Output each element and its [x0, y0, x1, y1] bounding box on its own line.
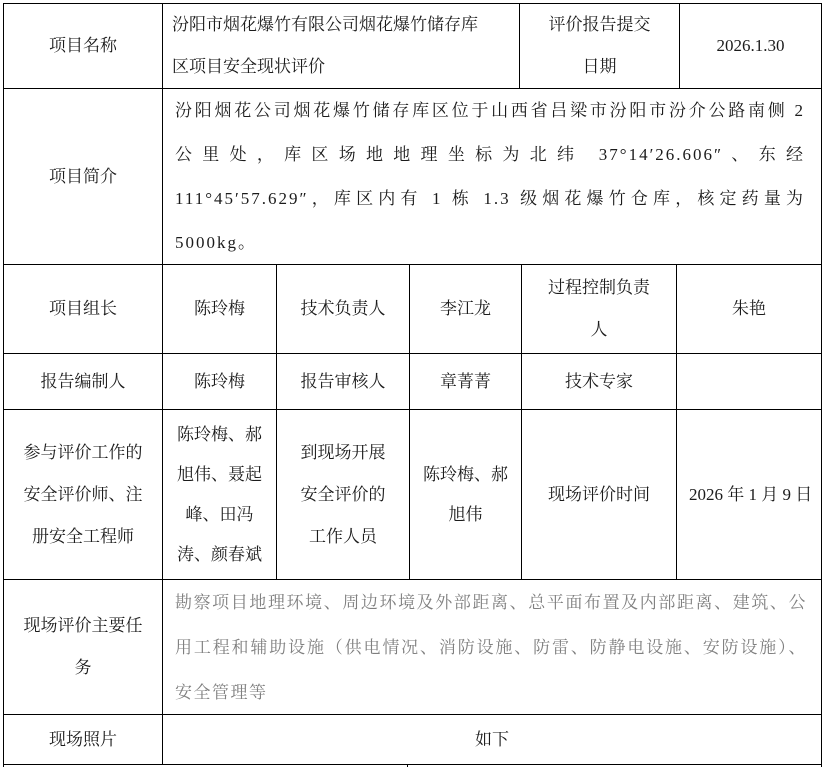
site-photos-label: 现场照片 — [4, 715, 163, 764]
report-writer-label: 报告编制人 — [4, 354, 163, 409]
site-tasks-label: 现场评价主要任务 — [4, 580, 163, 714]
site-tasks-value: 勘察项目地理环境、周边环境及外部距离、总平面布置及内部距离、建筑、公用工程和辅助… — [163, 580, 821, 714]
tech-expert-label: 技术专家 — [522, 354, 677, 409]
report-info-table: 项目名称 汾阳市烟花爆竹有限公司烟花爆竹储存库区项目安全现状评价 评价报告提交日… — [3, 3, 822, 767]
process-control-label: 过程控制负责人 — [522, 265, 677, 353]
project-intro-value: 汾阳烟花公司烟花爆竹储存库区位于山西省吕梁市汾阳市汾介公路南侧 2 公里处，库区… — [163, 89, 821, 264]
project-intro-label: 项目简介 — [4, 89, 163, 264]
report-submit-date-value: 2026.1.30 — [680, 4, 821, 88]
evaluators-names: 陈玲梅、郝旭伟、聂起峰、田冯涛、颜春斌 — [163, 410, 277, 579]
page: 项目名称 汾阳市烟花爆竹有限公司烟花爆竹储存库区项目安全现状评价 评价报告提交日… — [0, 0, 824, 767]
site-eval-time-label: 现场评价时间 — [522, 410, 677, 579]
project-name-value: 汾阳市烟花爆竹有限公司烟花爆竹储存库区项目安全现状评价 — [163, 4, 520, 88]
site-eval-time-value: 2026 年 1 月 9 日 — [677, 410, 821, 579]
process-control-value: 朱艳 — [677, 265, 821, 353]
site-staff-names: 陈玲梅、郝旭伟 — [410, 410, 522, 579]
site-staff-label: 到现场开展安全评价的工作人员 — [277, 410, 410, 579]
row-project-intro: 项目简介 汾阳烟花公司烟花爆竹储存库区位于山西省吕梁市汾阳市汾介公路南侧 2 公… — [4, 89, 821, 265]
report-writer-value: 陈玲梅 — [163, 354, 277, 409]
tech-lead-value: 李江龙 — [410, 265, 522, 353]
row-evaluators: 参与评价工作的安全评价师、注册安全工程师 陈玲梅、郝旭伟、聂起峰、田冯涛、颜春斌… — [4, 410, 821, 580]
report-submit-date-label: 评价报告提交日期 — [520, 4, 680, 88]
report-reviewer-value: 章菁菁 — [410, 354, 522, 409]
row-report-authors: 报告编制人 陈玲梅 报告审核人 章菁菁 技术专家 — [4, 354, 821, 410]
row-project-name: 项目名称 汾阳市烟花爆竹有限公司烟花爆竹储存库区项目安全现状评价 评价报告提交日… — [4, 4, 821, 89]
row-project-leader: 项目组长 陈玲梅 技术负责人 李江龙 过程控制负责人 朱艳 — [4, 265, 821, 354]
project-leader-label: 项目组长 — [4, 265, 163, 353]
project-name-label: 项目名称 — [4, 4, 163, 88]
row-site-photos: 现场照片 如下 — [4, 715, 821, 765]
report-reviewer-label: 报告审核人 — [277, 354, 410, 409]
tech-lead-label: 技术负责人 — [277, 265, 410, 353]
tech-expert-value — [677, 354, 821, 409]
row-site-tasks: 现场评价主要任务 勘察项目地理环境、周边环境及外部距离、总平面布置及内部距离、建… — [4, 580, 821, 715]
site-photos-value: 如下 — [163, 715, 821, 764]
evaluators-label: 参与评价工作的安全评价师、注册安全工程师 — [4, 410, 163, 579]
project-leader-value: 陈玲梅 — [163, 265, 277, 353]
